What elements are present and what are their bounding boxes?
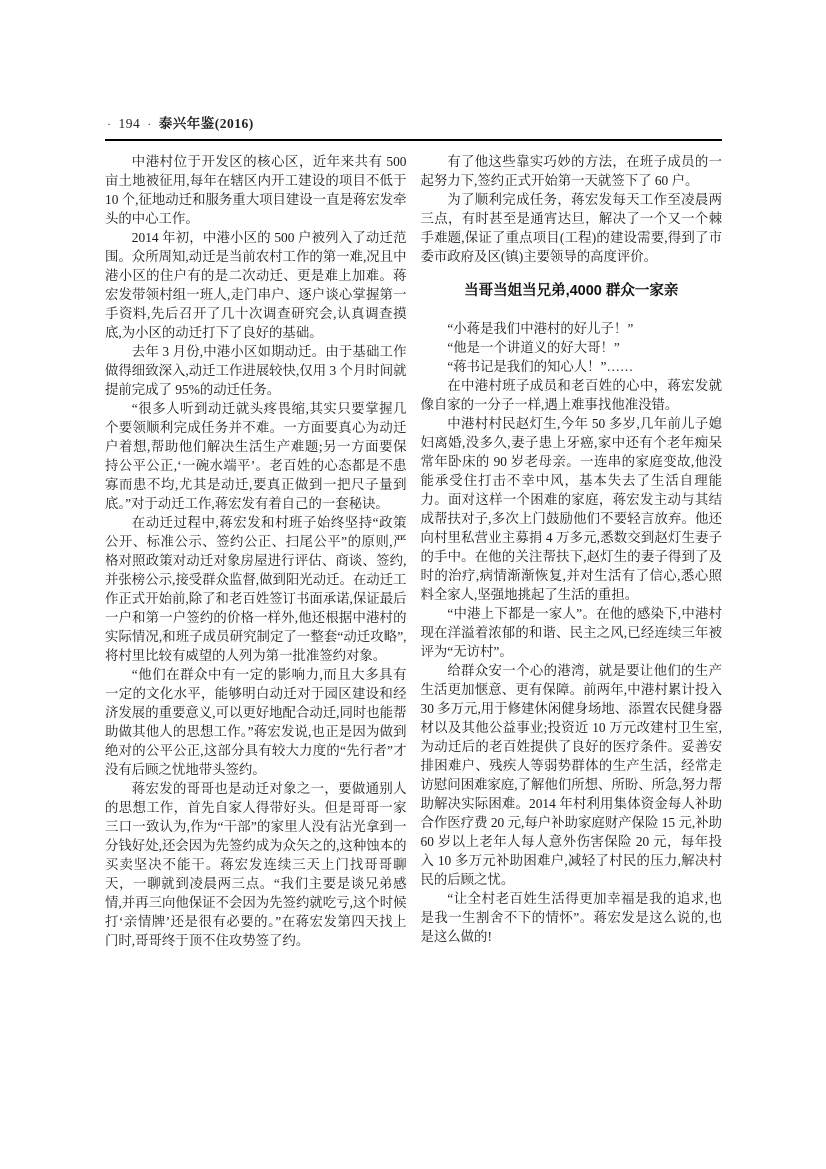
page-number: 194 [119, 116, 141, 132]
header-dot: · [147, 117, 152, 132]
quote-line: “小蒋是我们中港村的好儿子！” [421, 319, 723, 338]
yearbook-page: · 194 · 泰兴年鉴(2016) 中港村位于开发区的核心区，近年来共有 50… [105, 112, 722, 950]
paragraph: 在动迁过程中,蒋宏发和村班子始终坚持“政策公开、标准公示、签约公正、扫尾公平”的… [105, 513, 407, 665]
paragraph: “让全村老百姓生活得更加幸福是我的追求,也是我一生割舍不下的情怀”。蒋宏发是这么… [421, 889, 723, 946]
paragraph: 为了顺利完成任务，蒋宏发每天工作至凌晨两三点，有时甚至是通宵达旦，解决了一个又一… [421, 190, 723, 266]
paragraph: 给群众安一个心的港湾，就是要让他们的生产生活更加惬意、更有保障。前两年,中港村累… [421, 661, 723, 889]
paragraph: 有了他这些靠实巧妙的方法，在班子成员的一起努力下,签约正式开始第一天就签下了 6… [421, 152, 723, 190]
header-dot: · [107, 117, 112, 132]
quote-line: “蒋书记是我们的知心人！”…… [421, 357, 723, 376]
paragraph: “他们在群众中有一定的影响力,而且大多具有一定的文化水平，能够明白动迁对于园区建… [105, 665, 407, 779]
quote-line: “他是一个讲道义的好大哥！” [421, 338, 723, 357]
paragraph: 中港村位于开发区的核心区，近年来共有 500 亩土地被征用,每年在辖区内开工建设… [105, 152, 407, 228]
right-column: 有了他这些靠实巧妙的方法，在班子成员的一起努力下,签约正式开始第一天就签下了 6… [421, 152, 723, 950]
header-divider [105, 139, 722, 141]
page-header: · 194 · 泰兴年鉴(2016) [105, 112, 722, 132]
paragraph: “中港上下都是一家人”。在他的感染下,中港村现在洋溢着浓郁的和谐、民主之风,已经… [421, 604, 723, 661]
left-column: 中港村位于开发区的核心区，近年来共有 500 亩土地被征用,每年在辖区内开工建设… [105, 152, 407, 950]
section-heading: 当哥当姐当兄弟,4000 群众一家亲 [421, 282, 723, 301]
book-title: 泰兴年鉴(2016) [159, 112, 254, 132]
text-columns: 中港村位于开发区的核心区，近年来共有 500 亩土地被征用,每年在辖区内开工建设… [105, 152, 722, 950]
paragraph: 中港村村民赵灯生,今年 50 多岁,几年前儿子媳妇离婚,没多久,妻子患上牙癌,家… [421, 414, 723, 604]
paragraph: 2014 年初，中港小区的 500 户被列入了动迁范围。众所周知,动迁是当前农村… [105, 228, 407, 342]
paragraph: “很多人听到动迁就头疼畏缩,其实只要掌握几个要领顺利完成任务并不难。一方面要真心… [105, 399, 407, 513]
paragraph: 在中港村班子成员和老百姓的心中，蒋宏发就像自家的一分子一样,遇上难事找他准没错。 [421, 376, 723, 414]
paragraph: 去年 3 月份,中港小区如期动迁。由于基础工作做得细致深入,动迁工作进展较快,仅… [105, 342, 407, 399]
paragraph: 蒋宏发的哥哥也是动迁对象之一，要做通别人的思想工作，首先自家人得带好头。但是哥哥… [105, 779, 407, 950]
